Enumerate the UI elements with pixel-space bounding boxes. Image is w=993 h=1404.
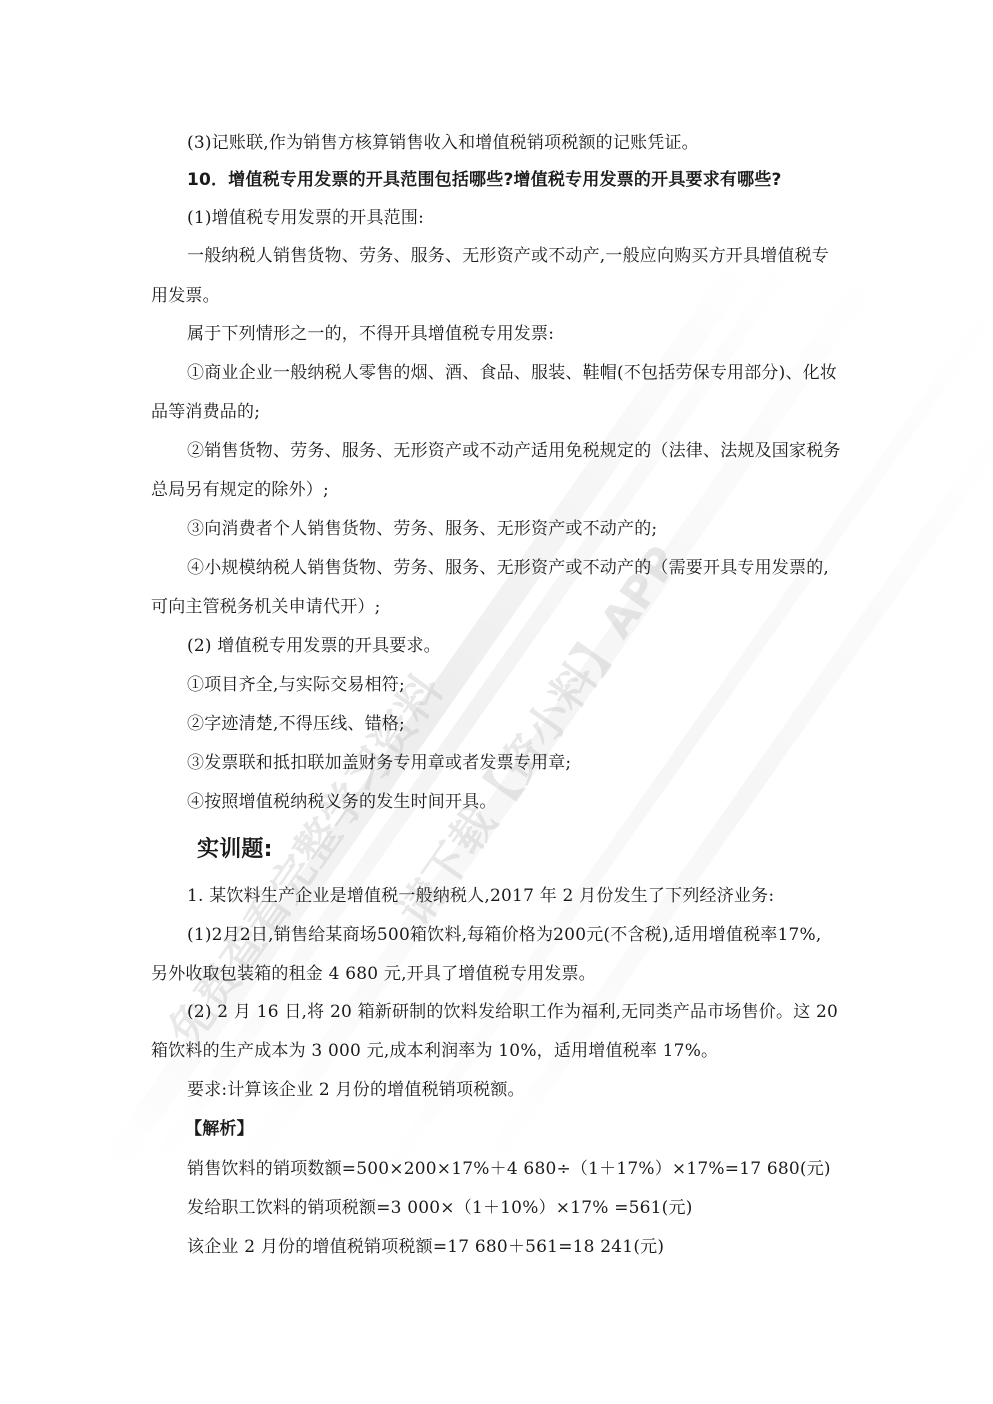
requirement-item-3: ③发票联和抵扣联加盖财务专用章或者发票专用章; bbox=[187, 752, 571, 774]
document-page: 免费查看完整学习资料 请下载【资小料】APP (3)记账联,作为销售方核算销售收… bbox=[0, 0, 993, 1404]
exclusion-item-2: ②销售货物、劳务、服务、无形资产或不动产适用免税规定的（法律、法规及国家税务 bbox=[187, 440, 841, 462]
requirement-item-2: ②字迹清楚,不得压线、错格; bbox=[187, 713, 405, 735]
exercise-1-item-2-cont: 箱饮料的生产成本为 3 000 元,成本利润率为 10%，适用增值税率 17%。 bbox=[151, 1040, 718, 1062]
analysis-line-3: 该企业 2 月份的增值税销项税额=17 680＋561=18 241(元) bbox=[187, 1236, 664, 1258]
requirement-item-4: ④按照增值税纳税义务的发生时间开具。 bbox=[187, 791, 497, 813]
paragraph-general-rule: 一般纳税人销售货物、劳务、服务、无形资产或不动产,一般应向购买方开具增值税专 bbox=[187, 245, 829, 267]
exercise-1-requirement: 要求:计算该企业 2 月份的增值税销项税额。 bbox=[187, 1079, 525, 1101]
analysis-line-1: 销售饮料的销项数额=500×200×17%＋4 680÷（1＋17%）×17%=… bbox=[187, 1158, 831, 1180]
exclusion-item-3: ③向消费者个人销售货物、劳务、服务、无形资产或不动产的; bbox=[187, 518, 657, 540]
exclusion-item-1: ①商业企业一般纳税人零售的烟、酒、食品、服装、鞋帽(不包括劳保专用部分)、化妆 bbox=[187, 362, 837, 384]
exclusion-item-1-cont: 品等消费品的; bbox=[151, 401, 260, 423]
exclusion-item-4-cont: 可向主管税务机关申请代开）; bbox=[151, 596, 381, 618]
question-10-title: 10．增值税专用发票的开具范围包括哪些?增值税专用发票的开具要求有哪些? bbox=[187, 169, 782, 191]
analysis-label: 【解析】 bbox=[185, 1118, 254, 1140]
paragraph-bookkeeping-copy: (3)记账联,作为销售方核算销售收入和增值税销项税额的记账凭证。 bbox=[187, 132, 699, 154]
paragraph-exclusions-intro: 属于下列情形之一的，不得开具增值税专用发票: bbox=[187, 323, 554, 345]
subheading-requirements: (2) 增值税专用发票的开具要求。 bbox=[187, 635, 441, 657]
exercise-1-intro: 1. 某饮料生产企业是增值税一般纳税人,2017 年 2 月份发生了下列经济业务… bbox=[187, 885, 774, 907]
paragraph-general-rule-cont: 用发票。 bbox=[151, 285, 220, 307]
exclusion-item-4: ④小规模纳税人销售货物、劳务、服务、无形资产或不动产的（需要开具专用发票的, bbox=[187, 557, 829, 579]
exercise-1-item-1-cont: 另外收取包装箱的租金 4 680 元,开具了增值税专用发票。 bbox=[151, 963, 596, 985]
section-title-practical-exercises: 实训题: bbox=[197, 836, 273, 864]
requirement-item-1: ①项目齐全,与实际交易相符; bbox=[187, 674, 405, 696]
document-content: (3)记账联,作为销售方核算销售收入和增值税销项税额的记账凭证。 10．增值税专… bbox=[0, 0, 993, 1404]
subheading-scope: (1)增值税专用发票的开具范围: bbox=[187, 207, 424, 229]
exercise-1-item-2: (2) 2 月 16 日,将 20 箱新研制的饮料发给职工作为福利,无同类产品市… bbox=[187, 1001, 838, 1023]
exercise-1-item-1: (1)2月2日,销售给某商场500箱饮料,每箱价格为200元(不含税),适用增值… bbox=[187, 924, 821, 946]
exclusion-item-2-cont: 总局另有规定的除外）; bbox=[151, 479, 329, 501]
analysis-line-2: 发给职工饮料的销项税额=3 000×（1＋10%）×17% =561(元) bbox=[187, 1197, 693, 1219]
